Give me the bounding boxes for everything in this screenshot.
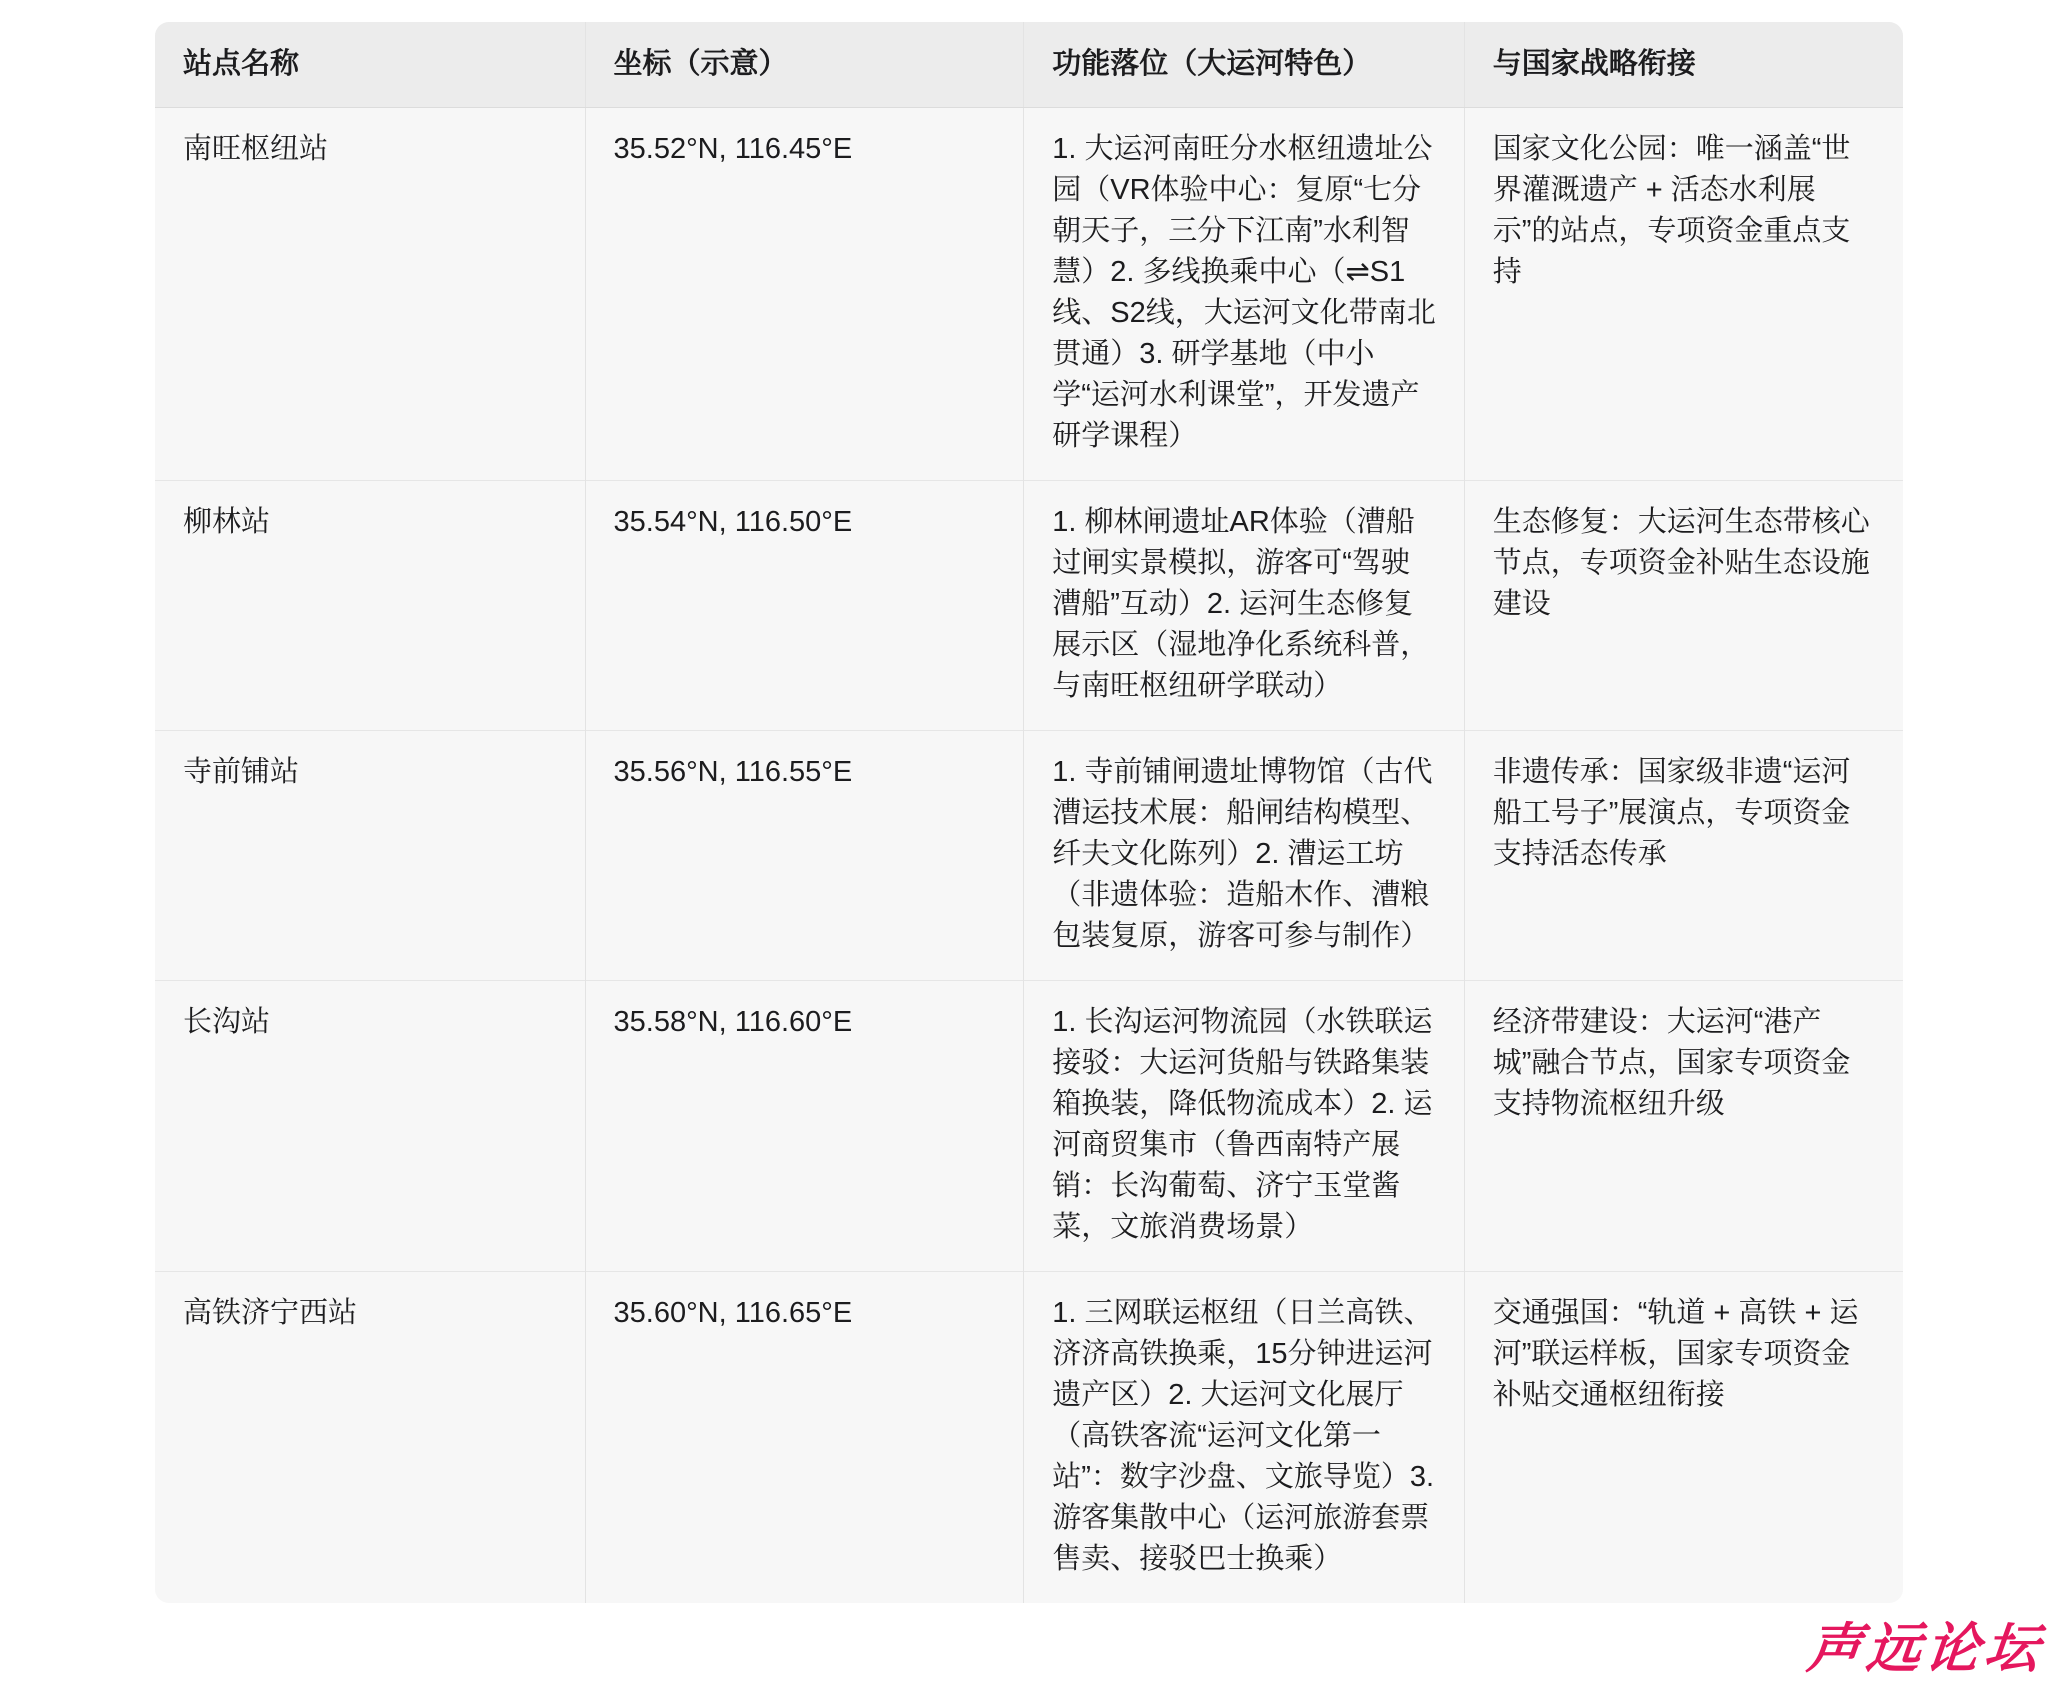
function-cell: 1. 寺前铺闸遗址博物馆（古代漕运技术展：船闸结构模型、纤夫文化陈列）2. 漕运… [1024,731,1464,981]
station-cell: 柳林站 [155,481,585,731]
coords-cell: 35.58°N, 116.60°E [585,981,1024,1272]
station-table-container: 站点名称 坐标（示意） 功能落位（大运河特色） 与国家战略衔接 南旺枢纽站 35… [155,22,1903,1603]
forum-watermark: 声远论坛 [1804,1606,2048,1683]
table-row: 高铁济宁西站 35.60°N, 116.65°E 1. 三网联运枢纽（日兰高铁、… [155,1272,1903,1604]
table-row: 寺前铺站 35.56°N, 116.55°E 1. 寺前铺闸遗址博物馆（古代漕运… [155,731,1903,981]
station-cell: 长沟站 [155,981,585,1272]
strategy-cell: 交通强国：“轨道 + 高铁 + 运河”联运样板，国家专项资金补贴交通枢纽衔接 [1464,1272,1903,1604]
coords-cell: 35.54°N, 116.50°E [585,481,1024,731]
station-table: 站点名称 坐标（示意） 功能落位（大运河特色） 与国家战略衔接 南旺枢纽站 35… [155,22,1903,1603]
table-row: 长沟站 35.58°N, 116.60°E 1. 长沟运河物流园（水铁联运接驳：… [155,981,1903,1272]
column-header-function: 功能落位（大运河特色） [1024,22,1464,108]
column-header-station: 站点名称 [155,22,585,108]
coords-cell: 35.52°N, 116.45°E [585,108,1024,481]
header-row: 站点名称 坐标（示意） 功能落位（大运河特色） 与国家战略衔接 [155,22,1903,108]
station-cell: 寺前铺站 [155,731,585,981]
strategy-cell: 非遗传承：国家级非遗“运河船工号子”展演点，专项资金支持活态传承 [1464,731,1903,981]
strategy-cell: 国家文化公园：唯一涵盖“世界灌溉遗产 + 活态水利展示”的站点，专项资金重点支持 [1464,108,1903,481]
station-cell: 南旺枢纽站 [155,108,585,481]
page: 站点名称 坐标（示意） 功能落位（大运河特色） 与国家战略衔接 南旺枢纽站 35… [0,0,2048,1685]
strategy-cell: 生态修复：大运河生态带核心节点，专项资金补贴生态设施建设 [1464,481,1903,731]
table-row: 柳林站 35.54°N, 116.50°E 1. 柳林闸遗址AR体验（漕船过闸实… [155,481,1903,731]
strategy-cell: 经济带建设：大运河“港产城”融合节点，国家专项资金支持物流枢纽升级 [1464,981,1903,1272]
station-cell: 高铁济宁西站 [155,1272,585,1604]
table-body: 南旺枢纽站 35.52°N, 116.45°E 1. 大运河南旺分水枢纽遗址公园… [155,108,1903,1604]
function-cell: 1. 三网联运枢纽（日兰高铁、济济高铁换乘，15分钟进运河遗产区）2. 大运河文… [1024,1272,1464,1604]
function-cell: 1. 长沟运河物流园（水铁联运接驳：大运河货船与铁路集装箱换装，降低物流成本）2… [1024,981,1464,1272]
column-header-coords: 坐标（示意） [585,22,1024,108]
function-cell: 1. 柳林闸遗址AR体验（漕船过闸实景模拟，游客可“驾驶漕船”互动）2. 运河生… [1024,481,1464,731]
coords-cell: 35.60°N, 116.65°E [585,1272,1024,1604]
coords-cell: 35.56°N, 116.55°E [585,731,1024,981]
table-row: 南旺枢纽站 35.52°N, 116.45°E 1. 大运河南旺分水枢纽遗址公园… [155,108,1903,481]
column-header-strategy: 与国家战略衔接 [1464,22,1903,108]
table-header: 站点名称 坐标（示意） 功能落位（大运河特色） 与国家战略衔接 [155,22,1903,108]
function-cell: 1. 大运河南旺分水枢纽遗址公园（VR体验中心：复原“七分朝天子，三分下江南”水… [1024,108,1464,481]
